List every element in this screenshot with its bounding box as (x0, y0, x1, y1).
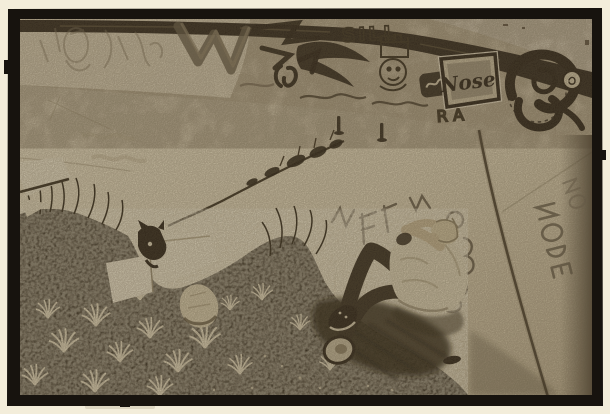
photo-scene: SILL Nose (0, 0, 610, 414)
photo-print: SILL Nose (0, 0, 610, 414)
photo: SILL Nose (14, 19, 592, 397)
